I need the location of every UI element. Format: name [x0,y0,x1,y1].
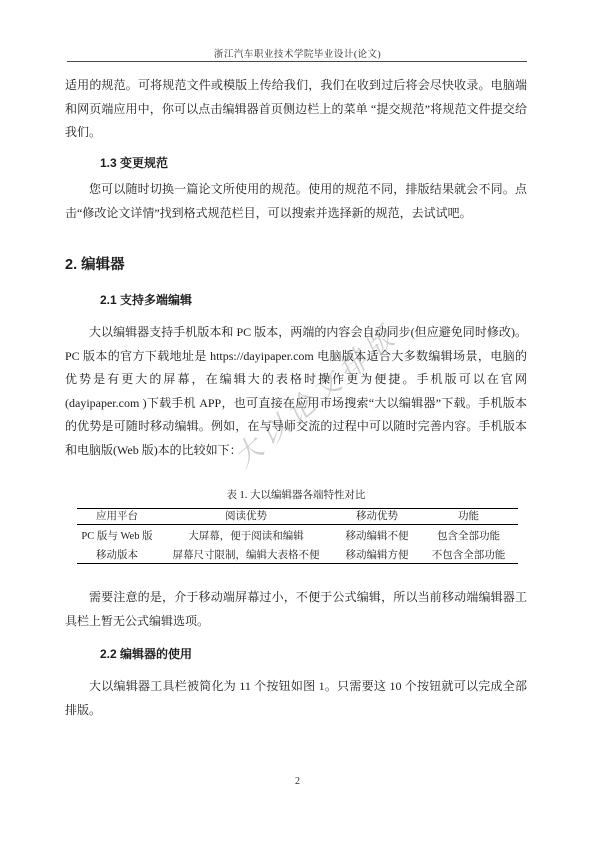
table-row: PC 版与 Web 版 大屏幕，便于阅读和编辑 移动编辑不便 包含全部功能 [77,525,518,549]
heading-1-3: 1.3 变更规范 [100,152,520,174]
paragraph-continued: 适用的规范。可将规范文件或模版上传给我们，我们在收到过后将会尽快收录。电脑端和网… [65,74,527,145]
table-cell: 移动编辑不便 [335,525,419,549]
heading-2-2: 2.2 编辑器的使用 [100,643,520,665]
table-row: 移动版本 屏幕尺寸限制，编辑大表格不便 移动编辑方便 不包含全部功能 [77,549,518,564]
table-header-cell: 移动优势 [335,509,419,525]
heading-2: 2. 编辑器 [65,252,527,278]
table-header-row: 应用平台 阅读优势 移动优势 功能 [77,509,518,525]
table-cell: PC 版与 Web 版 [77,525,157,549]
page-number: 2 [0,776,595,787]
document-page: 浙江汽车职业技术学院毕业设计(论文) 大以论文排版 适用的规范。可将规范文件或模… [0,0,595,842]
paragraph-1-3: 您可以随时切换一篇论文所使用的规范。使用的规范不同，排版结果就会不同。点击“修改… [65,178,527,225]
table-cell: 包含全部功能 [419,525,518,549]
comparison-table: 应用平台 阅读优势 移动优势 功能 PC 版与 Web 版 大屏幕，便于阅读和编… [77,508,518,564]
paragraph-note: 需要注意的是，介于移动端屏幕过小，不便于公式编辑，所以当前移动端编辑器工具栏上暂… [65,586,527,633]
heading-2-1: 2.1 支持多端编辑 [100,289,520,311]
table-header-cell: 功能 [419,509,518,525]
table-header-cell: 阅读优势 [157,509,335,525]
running-header: 浙江汽车职业技术学院毕业设计(论文) [65,46,530,60]
table-cell: 不包含全部功能 [419,549,518,564]
table-header-cell: 应用平台 [77,509,157,525]
table-cell: 大屏幕，便于阅读和编辑 [157,525,335,549]
table-cell: 移动版本 [77,549,157,564]
table-caption: 表 1. 大以编辑器各端特性对比 [65,489,527,503]
paragraph-2-1: 大以编辑器支持手机版本和 PC 版本，两端的内容会自动同步(但应避免同时修改)。… [65,321,527,462]
table-cell: 屏幕尺寸限制，编辑大表格不便 [157,549,335,564]
paragraph-2-2: 大以编辑器工具栏被简化为 11 个按钮如图 1。只需要这 10 个按钮就可以完成… [65,675,527,722]
table-cell: 移动编辑方便 [335,549,419,564]
header-rule [67,61,527,62]
